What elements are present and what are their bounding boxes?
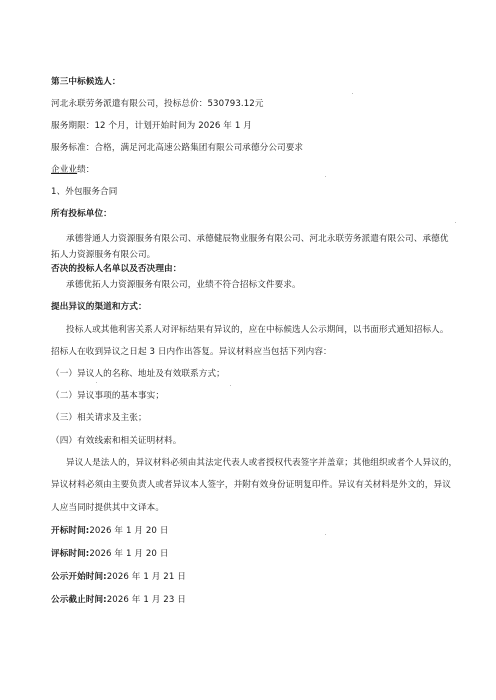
- objection-item: （四）有效线索和相关证明材料。: [51, 435, 181, 447]
- schedule-label: 开标时间:: [51, 526, 89, 536]
- scan-speck: [352, 93, 353, 94]
- schedule-value: 2026 年 1 月 20 日: [89, 526, 168, 536]
- rejected-heading: 否决的投标人名单以及否决理由：: [51, 263, 181, 275]
- schedule-label: 公示开始时间:: [51, 572, 107, 582]
- schedule-publicity-end: 公示截止时间:2026 年 1 月 23 日: [51, 594, 186, 606]
- schedule-evaluation: 评标时间:2026 年 1 月 20 日: [51, 548, 169, 560]
- schedule-label: 评标时间:: [51, 549, 89, 559]
- schedule-value: 2026 年 1 月 23 日: [107, 595, 186, 605]
- all-bidders-line2: 拓人力资源服务有限公司。: [51, 249, 155, 261]
- performance-heading-rest: 绩：: [77, 165, 94, 175]
- scan-speck: [455, 222, 456, 223]
- service-period: 服务期限：12 个月，计划开始时间为 2026 年 1 月: [51, 120, 252, 132]
- performance-heading-underlined: 企业业: [51, 165, 77, 175]
- scan-speck: [230, 385, 231, 386]
- performance-heading: 企业业绩：: [51, 164, 94, 176]
- objection-para1-line2: 招标人在收到异议之日起 3 日内作出答复。异议材料应当包括下列内容：: [51, 346, 332, 358]
- schedule-bid-opening: 开标时间:2026 年 1 月 20 日: [51, 525, 169, 537]
- company-price: 河北永联劳务派遣有限公司，投标总价：530793.12元: [51, 98, 264, 110]
- third-candidate-heading: 第三中标候选人：: [51, 76, 121, 88]
- objection-heading: 提出异议的渠道和方式：: [51, 301, 147, 313]
- all-bidders-heading: 所有投标单位：: [51, 208, 112, 220]
- objection-para2-line2: 异议材料必须由主要负责人或者异议本人签字，并附有效身份证明复印件。异议有关材料是…: [51, 479, 451, 491]
- all-bidders-line1: 承德誉通人力资源服务有限公司、承德健辰物业服务有限公司、河北永联劳务派遣有限公司…: [66, 233, 449, 245]
- objection-para2-line3: 人应当同时提供其中文译本。: [51, 502, 164, 514]
- schedule-publicity-start: 公示开始时间:2026 年 1 月 21 日: [51, 571, 186, 583]
- objection-para1-line1: 投标人或其他利害关系人对评标结果有异议的，应在中标候选人公示期间，以书面形式通知…: [66, 324, 449, 336]
- scan-speck: [96, 382, 97, 383]
- scan-speck: [325, 534, 326, 535]
- performance-item: 1、外包服务合同: [51, 186, 117, 198]
- scan-speck: [325, 176, 326, 177]
- schedule-label: 公示截止时间:: [51, 595, 107, 605]
- objection-item: （三）相关请求及主张；: [51, 412, 147, 424]
- objection-item: （一）异议人的名称、地址及有效联系方式；: [51, 368, 225, 380]
- schedule-value: 2026 年 1 月 21 日: [107, 572, 186, 582]
- objection-para2-line1: 异议人是法人的，异议材料必须由其法定代表人或者授权代表签字并盖章；其他组织或者个…: [66, 457, 457, 469]
- objection-item: （二）异议事项的基本事实；: [51, 390, 164, 402]
- rejected-text: 承德优拓人力资源服务有限公司，业绩不符合招标文件要求。: [66, 279, 301, 291]
- schedule-value: 2026 年 1 月 20 日: [89, 549, 168, 559]
- service-standard: 服务标准：合格，满足河北高速公路集团有限公司承德分公司要求: [51, 142, 303, 154]
